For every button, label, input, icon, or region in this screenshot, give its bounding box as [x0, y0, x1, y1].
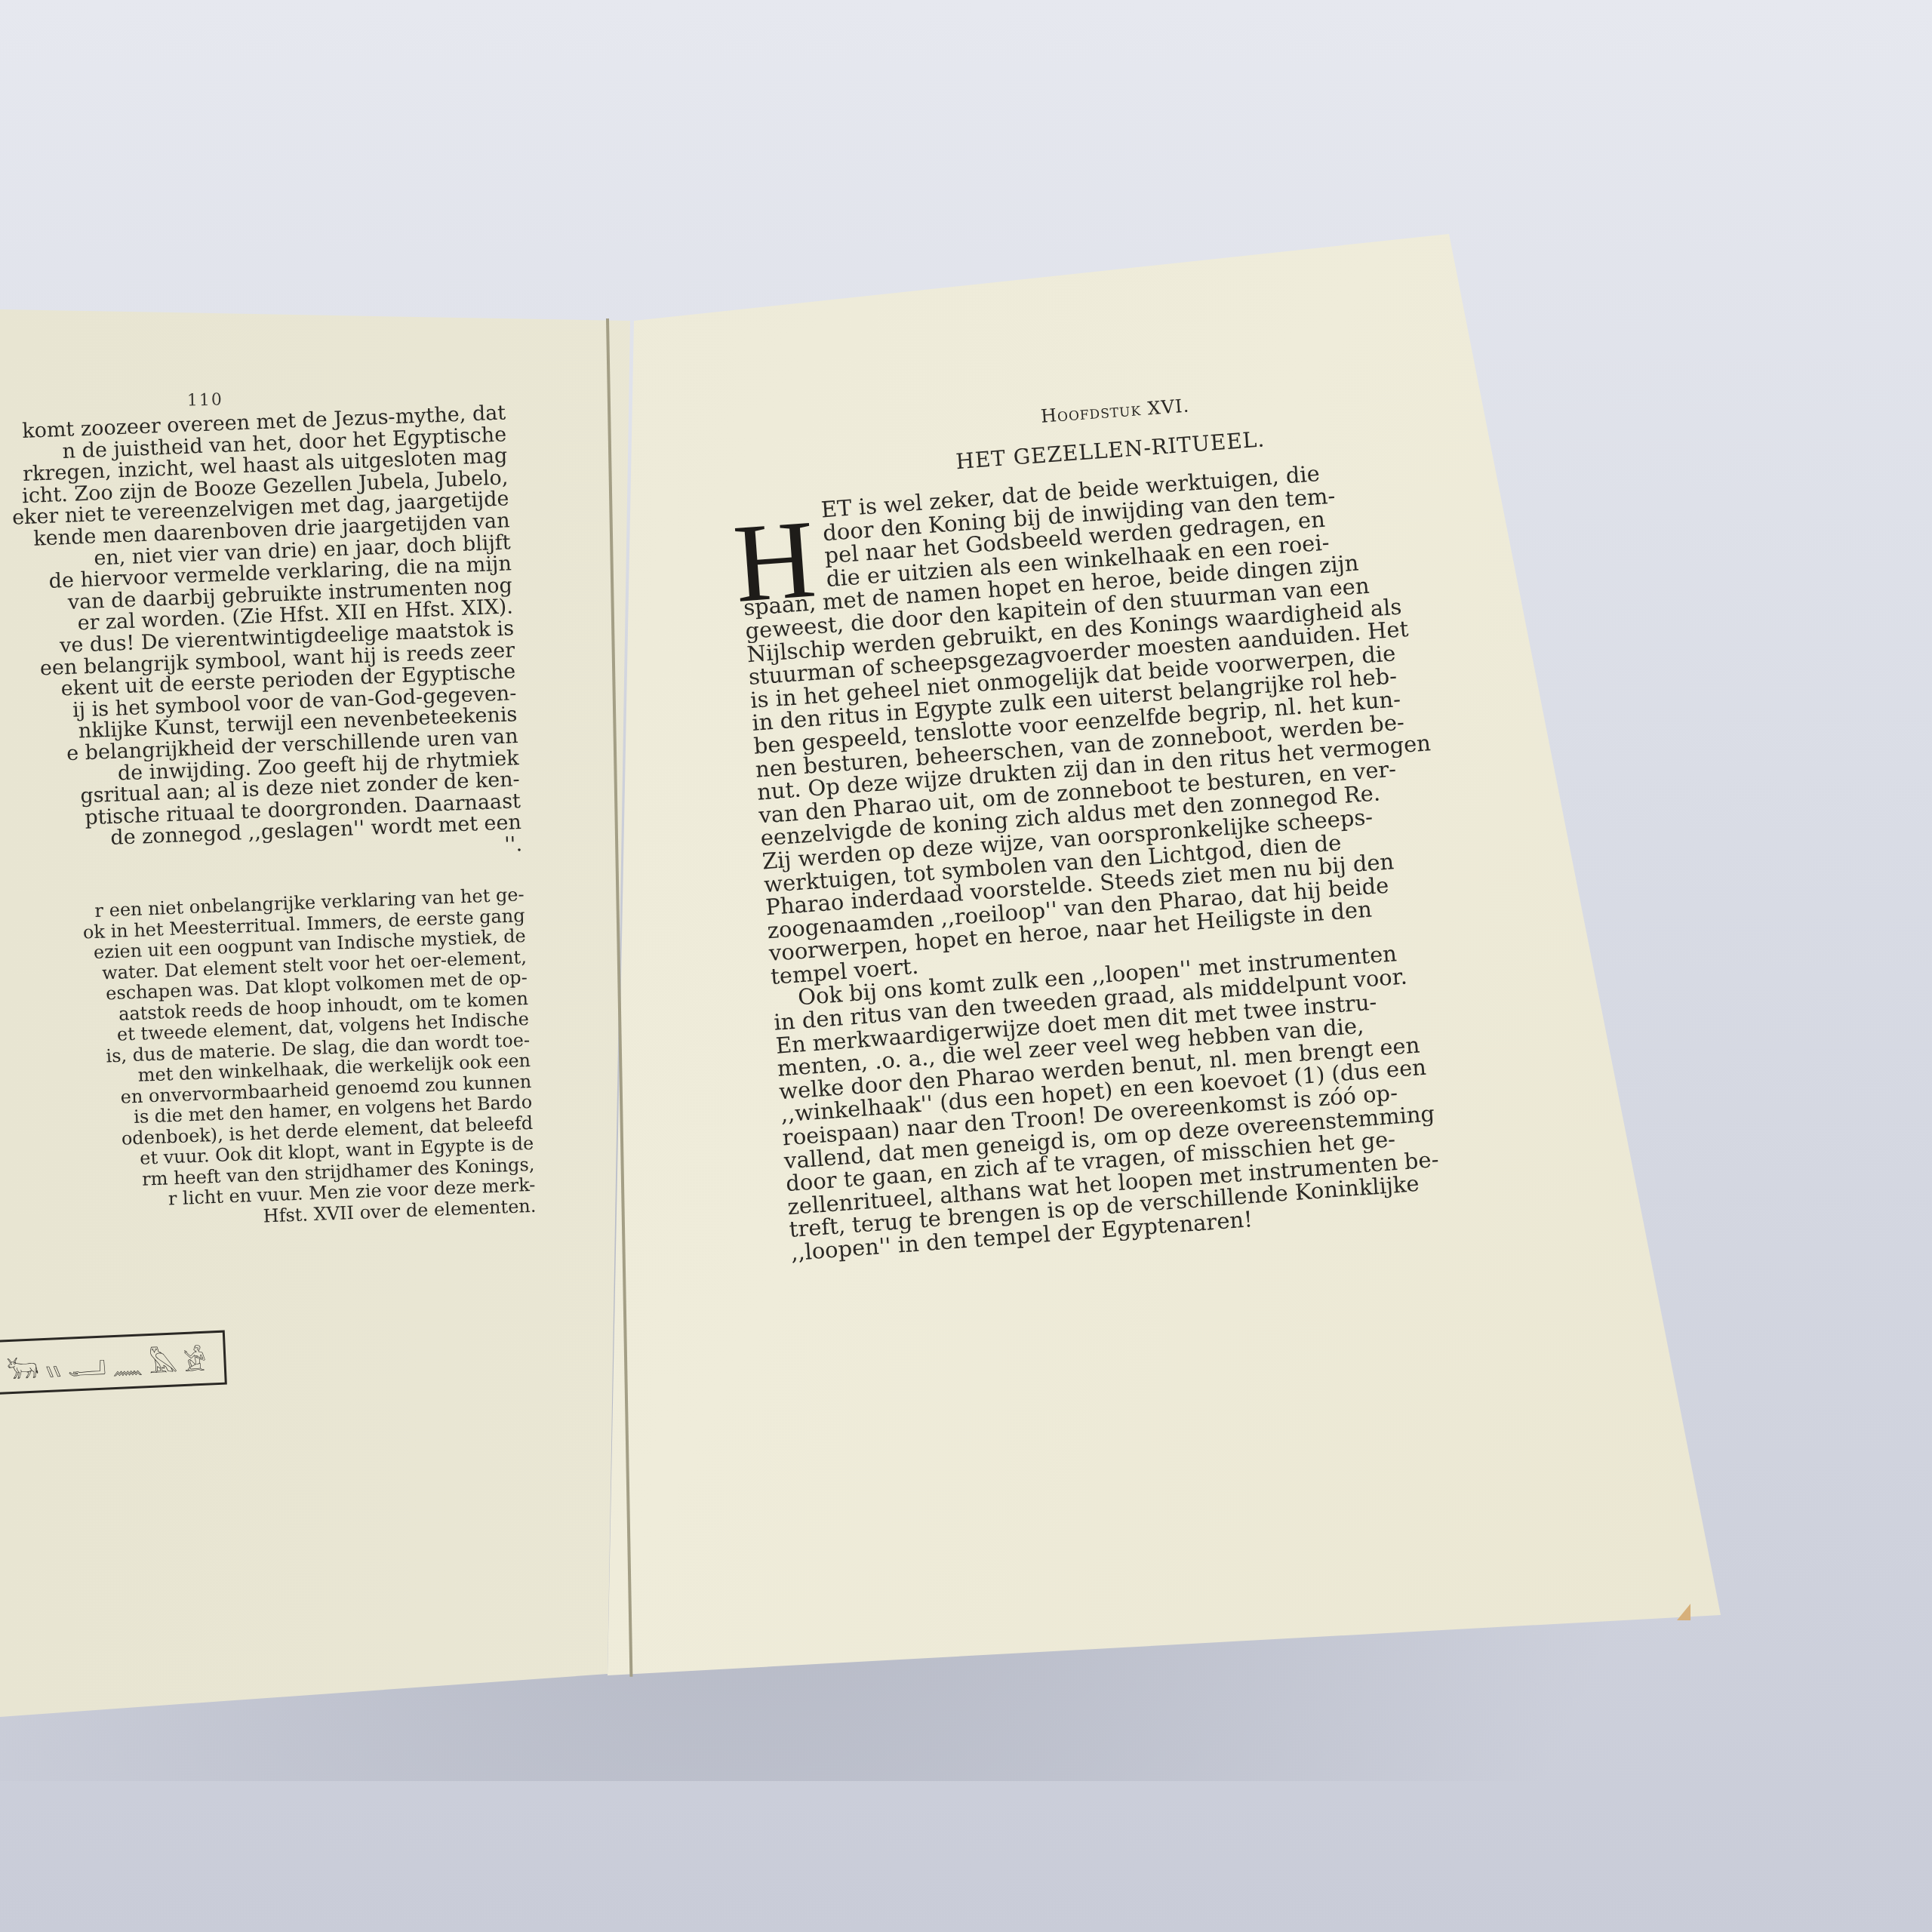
hieroglyph-glyph: 𓏭 — [44, 1343, 62, 1386]
hieroglyph-glyph: 𓃒 — [5, 1344, 39, 1388]
hieroglyph-glyph: 𓅓 — [148, 1338, 178, 1382]
hieroglyph-glyph: 𓀀 — [183, 1337, 208, 1380]
right-page-text: Hoofdstuk XVI. HET GEZELLEN-RITUEEL. H E… — [731, 377, 1515, 1266]
left-footnote: r een niet onbelangrijke verklaring van … — [4, 886, 537, 1238]
chapter-body: H ET is wel zeker, dat de beide werktuig… — [736, 452, 1514, 1265]
left-page-text: komt zoozeer overeen met de Jezus-mythe,… — [0, 403, 537, 1238]
drop-cap: H — [731, 503, 819, 620]
hieroglyph-cartouche: 𓃒𓏭𓂝𓈖𓅓𓀀 — [0, 1331, 227, 1395]
left-main-body: komt zoozeer overeen met de Jezus-mythe,… — [0, 403, 523, 876]
cover-corner — [1677, 1604, 1690, 1620]
hieroglyph-glyph: 𓂝 — [66, 1341, 107, 1385]
page-number: 110 — [187, 391, 223, 411]
hieroglyph-glyph: 𓈖 — [111, 1340, 143, 1383]
